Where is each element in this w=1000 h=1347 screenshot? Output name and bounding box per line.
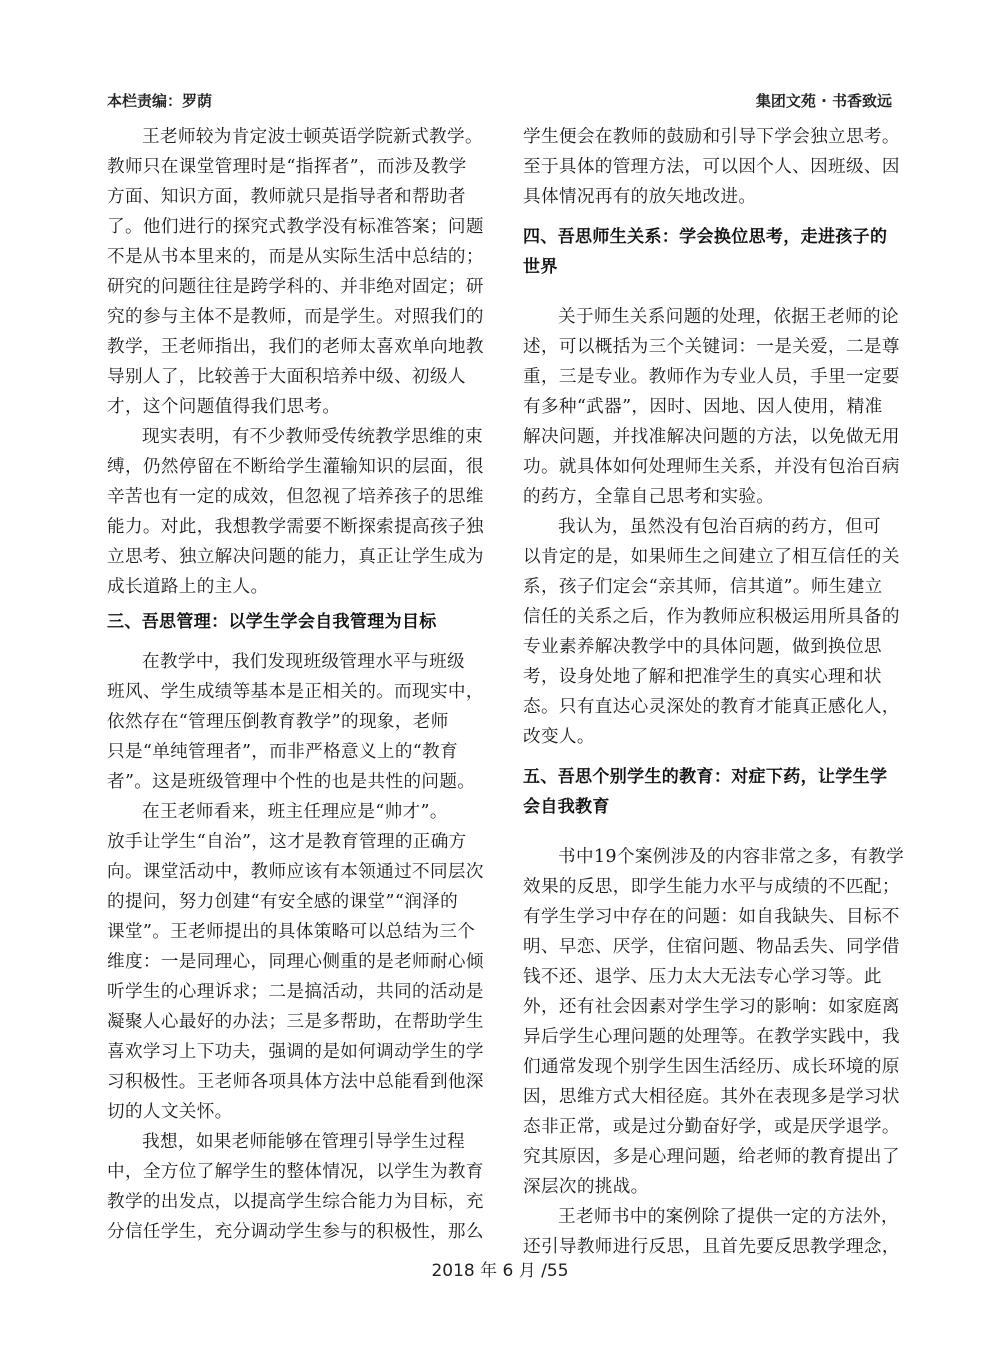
paragraph-line: 有多种“武器”，因时、因地、因人使用，精准 (523, 397, 893, 417)
paragraph-line: 者”。这是班级管理中个性的也是共性的问题。 (107, 772, 477, 792)
paragraph-line: 才，这个问题值得我们思考。 (107, 397, 477, 417)
paragraph-line: 在王老师看来，班主任理应是“帅才”。 (107, 802, 512, 822)
section-heading: 三、吾思管理：以学生学会自我管理为目标 (107, 612, 477, 632)
section-heading: 会自我教育 (523, 797, 893, 817)
paragraph-line: 喜欢学习上下功夫，强调的是如何调动学生的学 (107, 1042, 477, 1062)
paragraph-line: 辛苦也有一定的成效，但忽视了培养孩子的思维 (107, 487, 477, 507)
section-heading: 五、吾思个别学生的教育：对症下药，让学生学 (523, 767, 893, 787)
paragraph-line: 重，三是专业。教师作为专业人员，手里一定要 (523, 367, 893, 387)
paragraph-line: 态。只有直达心灵深处的教育才能真正感化人， (523, 697, 893, 717)
paragraph-line: 分信任学生，充分调动学生参与的积极性，那么 (107, 1222, 477, 1242)
paragraph-line: 不是从书本里来的，而是从实际生活中总结的； (107, 247, 477, 267)
paragraph-line: 听学生的心理诉求；二是搞活动，共同的活动是 (107, 982, 477, 1002)
paragraph-line: 维度：一是同理心，同理心侧重的是老师耐心倾 (107, 952, 477, 972)
paragraph-line: 立思考、独立解决问题的能力，真正让学生成为 (107, 547, 477, 567)
paragraph-line: 改变人。 (523, 727, 893, 747)
paragraph-line: 钱不还、退学、压力太大无法专心学习等。此 (523, 967, 893, 987)
paragraph-line: 教师只在课堂管理时是“指挥者”，而涉及教学 (107, 157, 477, 177)
paragraph-line: 我认为，虽然没有包治百病的药方，但可 (523, 517, 928, 537)
paragraph-line: 们通常发现个别学生因生活经历、成长环境的原 (523, 1057, 893, 1077)
paragraph-line: 教学的出发点，以提高学生综合能力为目标，充 (107, 1192, 477, 1212)
paragraph-line: 现实表明，有不少教师受传统教学思维的束 (107, 427, 512, 447)
paragraph-line: 态非正常，或是过分勤奋好学，或是厌学退学。 (523, 1117, 893, 1137)
section-title: 集团文苑 · 书香致远 (756, 90, 892, 111)
paragraph-line: 中，全方位了解学生的整体情况，以学生为教育 (107, 1162, 477, 1182)
paragraph-line: 依然存在“管理压倒教育教学”的现象，老师 (107, 712, 477, 732)
paragraph-line: 的提问，努力创建“有安全感的课堂”“润泽的 (107, 892, 477, 912)
paragraph-line: 功。就具体如何处理师生关系，并没有包治百病 (523, 457, 893, 477)
section-heading: 四、吾思师生关系：学会换位思考，走进孩子的 (523, 227, 893, 247)
column-editor-label: 本栏责编：罗荫 (107, 90, 212, 111)
paragraph-line: 了。他们进行的探究式教学没有标准答案；问题 (107, 217, 477, 237)
paragraph-line: 成长道路上的主人。 (107, 577, 477, 597)
paragraph-line: 还引导教师进行反思，且首先要反思教学理念， (523, 1237, 893, 1257)
paragraph-line: 信任的关系之后，作为教师应积极运用所具备的 (523, 607, 893, 627)
paragraph-line: 只是“单纯管理者”，而非严格意义上的“教育 (107, 742, 477, 762)
paragraph-line: 切的人文关怀。 (107, 1102, 477, 1122)
paragraph-line: 系，孩子们定会“亲其师，信其道”。师生建立 (523, 577, 893, 597)
paragraph-line: 外，还有社会因素对学生学习的影响：如家庭离 (523, 997, 893, 1017)
paragraph-line: 关于师生关系问题的处理，依据王老师的论 (523, 307, 928, 327)
paragraph-line: 习积极性。王老师各项具体方法中总能看到他深 (107, 1072, 477, 1092)
paragraph-line: 导别人了，比较善于大面积培养中级、初级人 (107, 367, 477, 387)
paragraph-line: 述，可以概括为三个关键词：一是关爱，二是尊 (523, 337, 893, 357)
paragraph-line: 的药方，全靠自己思考和实验。 (523, 487, 893, 507)
paragraph-line: 能力。对此，我想教学需要不断探索提高孩子独 (107, 517, 477, 537)
paragraph-line: 专业素养解决教学中的具体问题，做到换位思 (523, 637, 893, 657)
page-footer: 2018 年 6 月 /55 (0, 1256, 1000, 1281)
paragraph-line: 有学生学习中存在的问题：如自我缺失、目标不 (523, 907, 893, 927)
paragraph-line: 异后学生心理问题的处理等。在教学实践中，我 (523, 1027, 893, 1047)
paragraph-line: 我想，如果老师能够在管理引导学生过程 (107, 1132, 512, 1152)
paragraph-line: 考，设身处地了解和把准学生的真实心理和状 (523, 667, 893, 687)
paragraph-line: 缚，仍然停留在不断给学生灌输知识的层面，很 (107, 457, 477, 477)
paragraph-line: 凝聚人心最好的办法；三是多帮助，在帮助学生 (107, 1012, 477, 1032)
paragraph-line: 学生便会在教师的鼓励和引导下学会独立思考。 (523, 127, 893, 147)
paragraph-line: 究的参与主体不是教师，而是学生。对照我们的 (107, 307, 477, 327)
paragraph-line: 以肯定的是，如果师生之间建立了相互信任的关 (523, 547, 893, 567)
paragraph-line: 教学，王老师指出，我们的老师太喜欢单向地教 (107, 337, 477, 357)
paragraph-line: 书中19个案例涉及的内容非常之多，有教学 (523, 847, 928, 867)
paragraph-line: 方面、知识方面，教师就只是指导者和帮助者 (107, 187, 477, 207)
paragraph-line: 效果的反思，即学生能力水平与成绩的不匹配； (523, 877, 893, 897)
paragraph-line: 在教学中，我们发现班级管理水平与班级 (107, 652, 512, 672)
paragraph-line: 王老师较为肯定波士顿英语学院新式教学。 (107, 127, 512, 147)
paragraph-line: 放手让学生“自治”，这才是教育管理的正确方 (107, 832, 477, 852)
paragraph-line: 解决问题，并找准解决问题的方法，以免做无用 (523, 427, 893, 447)
paragraph-line: 究其原因，多是心理问题，给老师的教育提出了 (523, 1147, 893, 1167)
paragraph-line: 因，思维方式大相径庭。其外在表现多是学习状 (523, 1087, 893, 1107)
section-heading: 世界 (523, 257, 893, 277)
paragraph-line: 至于具体的管理方法，可以因个人、因班级、因 (523, 157, 893, 177)
paragraph-line: 研究的问题往往是跨学科的、并非绝对固定；研 (107, 277, 477, 297)
paragraph-line: 班风、学生成绩等基本是正相关的。而现实中， (107, 682, 477, 702)
paragraph-line: 具体情况再有的放矢地改进。 (523, 187, 893, 207)
paragraph-line: 明、早恋、厌学，住宿问题、物品丢失、同学借 (523, 937, 893, 957)
paragraph-line: 课堂”。王老师提出的具体策略可以总结为三个 (107, 922, 477, 942)
paragraph-line: 向。课堂活动中，教师应该有本领通过不同层次 (107, 862, 477, 882)
paragraph-line: 王老师书中的案例除了提供一定的方法外， (523, 1207, 928, 1227)
paragraph-line: 深层次的挑战。 (523, 1177, 893, 1197)
